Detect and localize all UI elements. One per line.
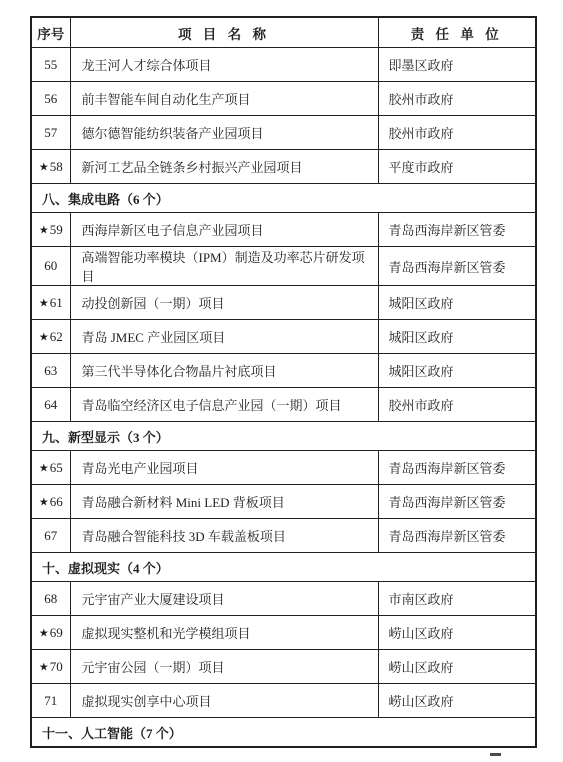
responsible-unit: 崂山区政府 bbox=[378, 616, 536, 650]
project-name: 新河工艺品全链条乡村振兴产业园项目 bbox=[70, 150, 378, 184]
serial-number: 64 bbox=[44, 397, 57, 412]
project-row: 63第三代半导体化合物晶片衬底项目城阳区政府 bbox=[31, 354, 536, 388]
col-header-project-name: 项 目 名 称 bbox=[70, 17, 378, 48]
project-name: 第三代半导体化合物晶片衬底项目 bbox=[70, 354, 378, 388]
star-icon: ★ bbox=[39, 660, 49, 673]
responsible-unit: 青岛西海岸新区管委 bbox=[378, 247, 536, 286]
serial-cell: 67 bbox=[31, 519, 70, 553]
serial-number: 62 bbox=[50, 329, 63, 344]
section-label: 十一、人工智能（7 个） bbox=[31, 718, 536, 748]
col-header-responsible-unit: 责 任 单 位 bbox=[378, 17, 536, 48]
section-label: 八、集成电路（6 个） bbox=[31, 184, 536, 213]
project-name: 青岛融合智能科技 3D 车载盖板项目 bbox=[70, 519, 378, 553]
serial-number: 56 bbox=[44, 91, 57, 106]
responsible-unit: 平度市政府 bbox=[378, 150, 536, 184]
serial-number: 61 bbox=[50, 295, 63, 310]
serial-cell: ★69 bbox=[31, 616, 70, 650]
star-icon: ★ bbox=[39, 223, 49, 236]
serial-number: 65 bbox=[50, 460, 63, 475]
project-name: 西海岸新区电子信息产业园项目 bbox=[70, 213, 378, 247]
section-header-row: 十、虚拟现实（4 个） bbox=[31, 553, 536, 582]
serial-cell: 63 bbox=[31, 354, 70, 388]
project-table: 序号 项 目 名 称 责 任 单 位 55龙王河人才综合体项目即墨区政府56前丰… bbox=[30, 16, 537, 748]
serial-cell: ★59 bbox=[31, 213, 70, 247]
serial-number: 55 bbox=[44, 57, 57, 72]
project-row: 56前丰智能车间自动化生产项目胶州市政府 bbox=[31, 82, 536, 116]
col-header-serial: 序号 bbox=[31, 17, 70, 48]
serial-number: 69 bbox=[50, 625, 63, 640]
serial-number: 63 bbox=[44, 363, 57, 378]
responsible-unit: 市南区政府 bbox=[378, 582, 536, 616]
project-row: ★65青岛光电产业园项目青岛西海岸新区管委 bbox=[31, 451, 536, 485]
responsible-unit: 城阳区政府 bbox=[378, 354, 536, 388]
serial-number: 67 bbox=[44, 528, 57, 543]
serial-cell: 71 bbox=[31, 684, 70, 718]
project-name: 青岛融合新材料 Mini LED 背板项目 bbox=[70, 485, 378, 519]
project-row: 71虚拟现实创享中心项目崂山区政府 bbox=[31, 684, 536, 718]
project-name: 德尔德智能纺织装备产业园项目 bbox=[70, 116, 378, 150]
serial-number: 68 bbox=[44, 591, 57, 606]
project-row: ★66青岛融合新材料 Mini LED 背板项目青岛西海岸新区管委 bbox=[31, 485, 536, 519]
project-name: 动投创新园（一期）项目 bbox=[70, 286, 378, 320]
serial-number: 59 bbox=[50, 222, 63, 237]
serial-cell: ★65 bbox=[31, 451, 70, 485]
section-header-row: 十一、人工智能（7 个） bbox=[31, 718, 536, 748]
serial-cell: 56 bbox=[31, 82, 70, 116]
project-name: 虚拟现实整机和光学模组项目 bbox=[70, 616, 378, 650]
project-row: 55龙王河人才综合体项目即墨区政府 bbox=[31, 48, 536, 82]
responsible-unit: 崂山区政府 bbox=[378, 684, 536, 718]
serial-number: 71 bbox=[44, 693, 57, 708]
project-row: 68元宇宙产业大厦建设项目市南区政府 bbox=[31, 582, 536, 616]
project-name: 高端智能功率模块（IPM）制造及功率芯片研发项目 bbox=[70, 247, 378, 286]
project-name: 龙王河人才综合体项目 bbox=[70, 48, 378, 82]
project-row: 67青岛融合智能科技 3D 车载盖板项目青岛西海岸新区管委 bbox=[31, 519, 536, 553]
serial-cell: ★66 bbox=[31, 485, 70, 519]
table-header: 序号 项 目 名 称 责 任 单 位 bbox=[31, 17, 536, 48]
project-row: 57德尔德智能纺织装备产业园项目胶州市政府 bbox=[31, 116, 536, 150]
project-row: ★61动投创新园（一期）项目城阳区政府 bbox=[31, 286, 536, 320]
project-row: ★62青岛 JMEC 产业园区项目城阳区政府 bbox=[31, 320, 536, 354]
project-row: ★58新河工艺品全链条乡村振兴产业园项目平度市政府 bbox=[31, 150, 536, 184]
responsible-unit: 青岛西海岸新区管委 bbox=[378, 485, 536, 519]
serial-number: 70 bbox=[50, 659, 63, 674]
project-row: ★59西海岸新区电子信息产业园项目青岛西海岸新区管委 bbox=[31, 213, 536, 247]
page-number-dash bbox=[490, 753, 501, 756]
serial-cell: 64 bbox=[31, 388, 70, 422]
project-name: 青岛 JMEC 产业园区项目 bbox=[70, 320, 378, 354]
responsible-unit: 青岛西海岸新区管委 bbox=[378, 451, 536, 485]
responsible-unit: 胶州市政府 bbox=[378, 82, 536, 116]
serial-cell: 55 bbox=[31, 48, 70, 82]
serial-cell: ★70 bbox=[31, 650, 70, 684]
section-header-row: 八、集成电路（6 个） bbox=[31, 184, 536, 213]
serial-number: 66 bbox=[50, 494, 63, 509]
responsible-unit: 胶州市政府 bbox=[378, 388, 536, 422]
project-name: 青岛光电产业园项目 bbox=[70, 451, 378, 485]
star-icon: ★ bbox=[39, 626, 49, 639]
star-icon: ★ bbox=[39, 160, 49, 173]
star-icon: ★ bbox=[39, 330, 49, 343]
responsible-unit: 青岛西海岸新区管委 bbox=[378, 519, 536, 553]
serial-cell: 60 bbox=[31, 247, 70, 286]
project-name: 元宇宙公园（一期）项目 bbox=[70, 650, 378, 684]
section-label: 十、虚拟现实（4 个） bbox=[31, 553, 536, 582]
document-page: 序号 项 目 名 称 责 任 单 位 55龙王河人才综合体项目即墨区政府56前丰… bbox=[0, 0, 563, 762]
responsible-unit: 青岛西海岸新区管委 bbox=[378, 213, 536, 247]
serial-cell: 68 bbox=[31, 582, 70, 616]
serial-number: 57 bbox=[44, 125, 57, 140]
project-name: 虚拟现实创享中心项目 bbox=[70, 684, 378, 718]
project-name: 青岛临空经济区电子信息产业园（一期）项目 bbox=[70, 388, 378, 422]
serial-number: 58 bbox=[50, 159, 63, 174]
section-header-row: 九、新型显示（3 个） bbox=[31, 422, 536, 451]
responsible-unit: 城阳区政府 bbox=[378, 320, 536, 354]
star-icon: ★ bbox=[39, 461, 49, 474]
responsible-unit: 崂山区政府 bbox=[378, 650, 536, 684]
section-label: 九、新型显示（3 个） bbox=[31, 422, 536, 451]
serial-cell: ★58 bbox=[31, 150, 70, 184]
star-icon: ★ bbox=[39, 495, 49, 508]
responsible-unit: 胶州市政府 bbox=[378, 116, 536, 150]
serial-cell: 57 bbox=[31, 116, 70, 150]
project-row: ★70元宇宙公园（一期）项目崂山区政府 bbox=[31, 650, 536, 684]
serial-cell: ★61 bbox=[31, 286, 70, 320]
table-header-row: 序号 项 目 名 称 责 任 单 位 bbox=[31, 17, 536, 48]
serial-cell: ★62 bbox=[31, 320, 70, 354]
project-row: 64青岛临空经济区电子信息产业园（一期）项目胶州市政府 bbox=[31, 388, 536, 422]
responsible-unit: 即墨区政府 bbox=[378, 48, 536, 82]
project-row: ★69虚拟现实整机和光学模组项目崂山区政府 bbox=[31, 616, 536, 650]
project-name: 元宇宙产业大厦建设项目 bbox=[70, 582, 378, 616]
project-row: 60高端智能功率模块（IPM）制造及功率芯片研发项目青岛西海岸新区管委 bbox=[31, 247, 536, 286]
project-name: 前丰智能车间自动化生产项目 bbox=[70, 82, 378, 116]
responsible-unit: 城阳区政府 bbox=[378, 286, 536, 320]
star-icon: ★ bbox=[39, 296, 49, 309]
serial-number: 60 bbox=[44, 258, 57, 273]
table-body: 55龙王河人才综合体项目即墨区政府56前丰智能车间自动化生产项目胶州市政府57德… bbox=[31, 48, 536, 748]
